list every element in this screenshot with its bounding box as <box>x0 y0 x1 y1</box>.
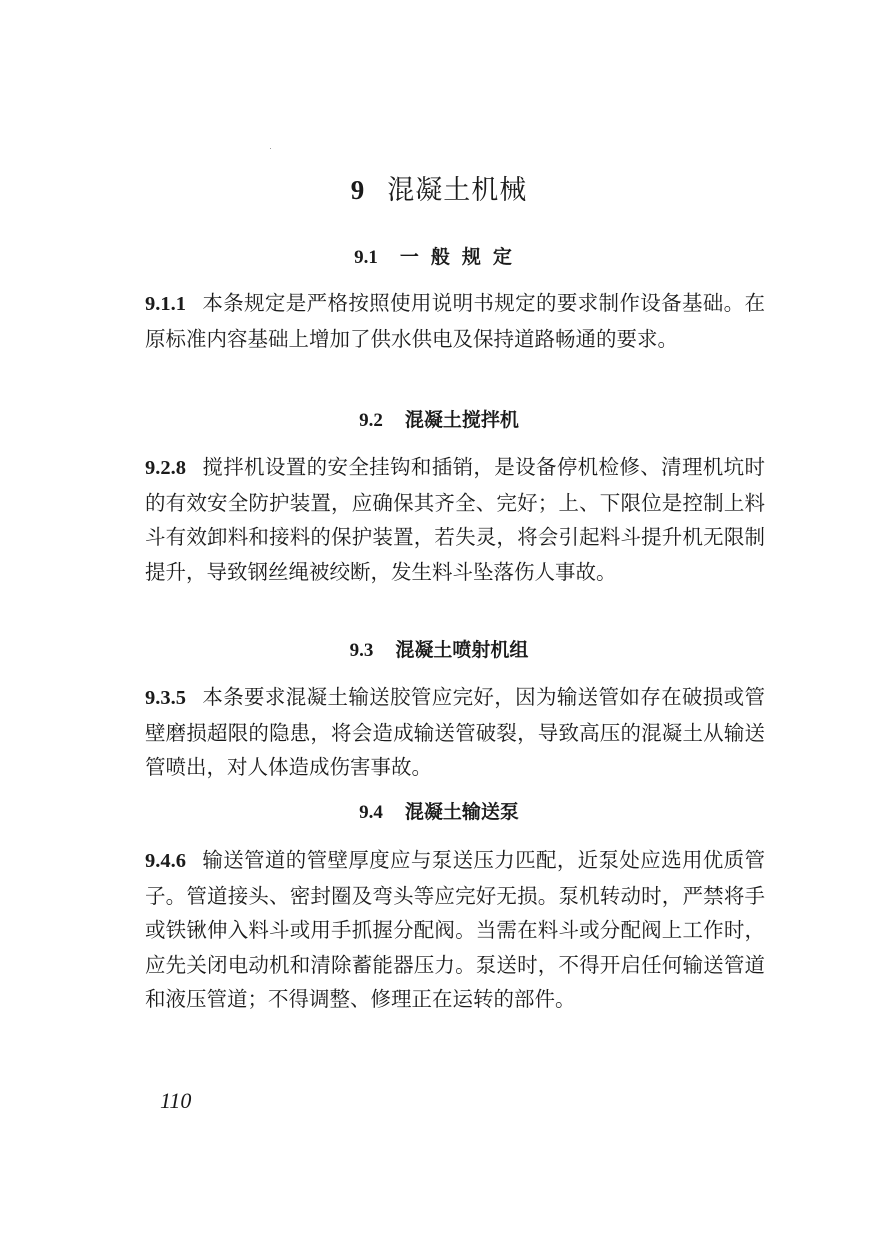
section-title-text: 混凝土喷射机组 <box>395 639 528 661</box>
scan-speck <box>270 148 271 149</box>
clause-9-4-6: 9.4.6输送管道的管壁厚度应与泵送压力匹配，近泵处应选用优质管子。管道接头、密… <box>145 843 765 1017</box>
clause-9-1-1: 9.1.1本条规定是严格按照使用说明书规定的要求制作设备基础。在原标准内容基础上… <box>145 286 765 356</box>
clause-number: 9.3.5 <box>145 687 186 709</box>
section-number: 9.2 <box>359 410 383 431</box>
section-title-text: 一般规定 <box>400 246 524 268</box>
section-heading-9-4: 9.4混凝土输送泵 <box>0 798 878 827</box>
clause-9-2-8: 9.2.8搅拌机设置的安全挂钩和插销，是设备停机检修、清理机坑时的有效安全防护装… <box>145 450 765 589</box>
section-heading-9-1: 9.1一般规定 <box>0 243 878 272</box>
clause-text: 输送管道的管壁厚度应与泵送压力匹配，近泵处应选用优质管子。管道接头、密封圈及弯头… <box>145 848 765 1011</box>
section-title-text: 混凝土输送泵 <box>405 801 519 823</box>
clause-number: 9.2.8 <box>145 457 186 479</box>
clause-text: 搅拌机设置的安全挂钩和插销，是设备停机检修、清理机坑时的有效安全防护装置，应确保… <box>145 455 765 584</box>
clause-number: 9.1.1 <box>145 293 186 315</box>
chapter-title: 9混凝土机械 <box>0 170 878 211</box>
clause-text: 本条规定是严格按照使用说明书规定的要求制作设备基础。在原标准内容基础上增加了供水… <box>145 291 765 351</box>
chapter-number: 9 <box>351 175 366 205</box>
clause-number: 9.4.6 <box>145 850 186 872</box>
section-title-text: 混凝土搅拌机 <box>405 409 519 431</box>
clause-9-3-5: 9.3.5本条要求混凝土输送胶管应完好，因为输送管如存在破损或管壁磨损超限的隐患… <box>145 680 765 785</box>
page-number: 110 <box>160 1088 191 1114</box>
clause-text: 本条要求混凝土输送胶管应完好，因为输送管如存在破损或管壁磨损超限的隐患，将会造成… <box>145 685 765 779</box>
section-number: 9.3 <box>350 640 374 661</box>
section-number: 9.1 <box>354 247 378 268</box>
section-number: 9.4 <box>359 802 383 823</box>
section-heading-9-2: 9.2混凝土搅拌机 <box>0 406 878 435</box>
document-page: 9混凝土机械 9.1一般规定 9.1.1本条规定是严格按照使用说明书规定的要求制… <box>0 0 878 1241</box>
chapter-title-text: 混凝土机械 <box>387 175 527 206</box>
section-heading-9-3: 9.3混凝土喷射机组 <box>0 636 878 665</box>
